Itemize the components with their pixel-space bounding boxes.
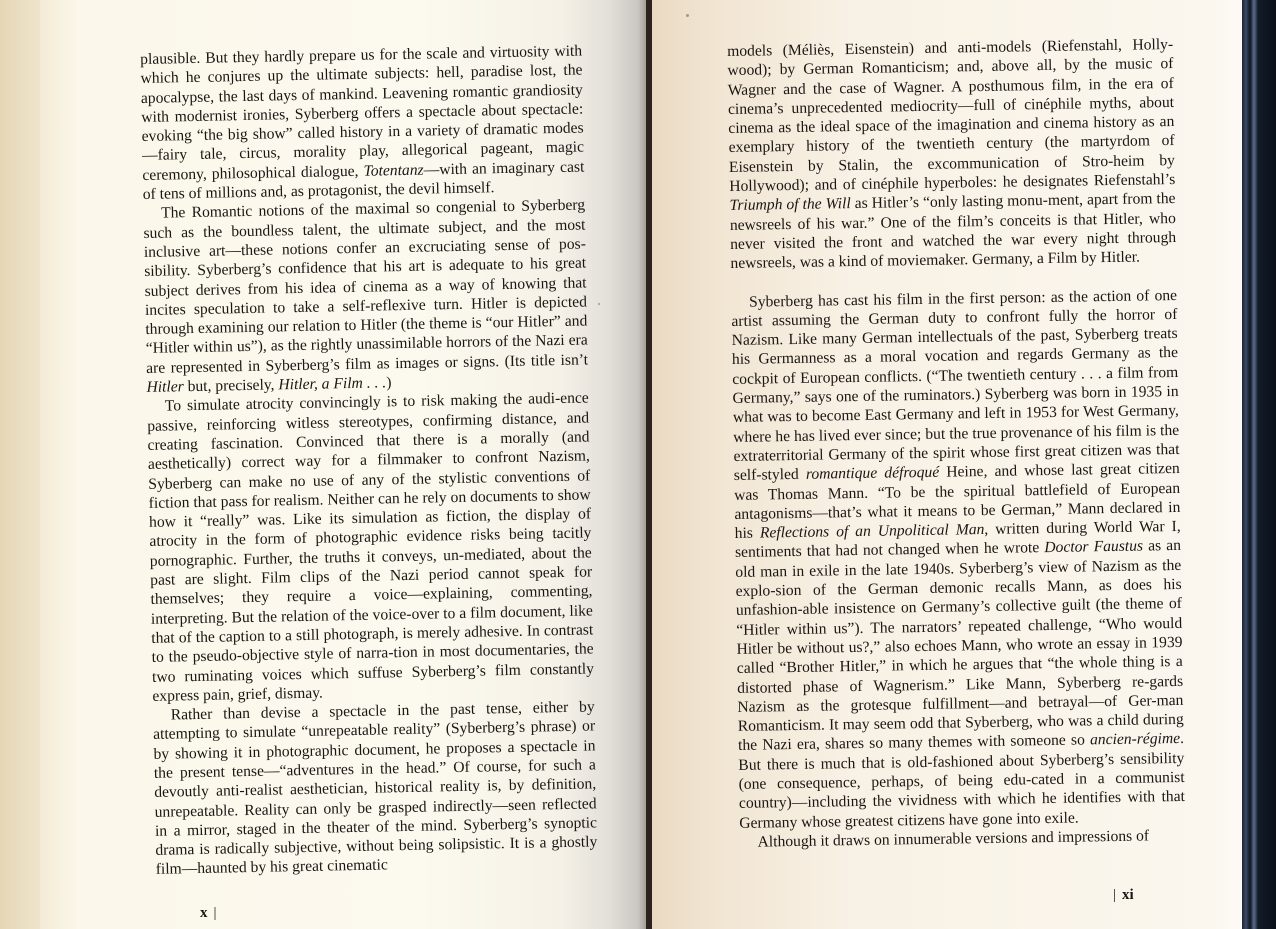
paragraph: Rather than devise a spectacle in the pa… xyxy=(153,697,598,879)
italic-title-text: romantique défroqué xyxy=(806,464,940,483)
paragraph-text: as an old man in exile in the late 1940s… xyxy=(735,537,1184,754)
italic-title-text: Reflections of an Unpolitical Man xyxy=(760,521,985,542)
folio-rule: | xyxy=(214,905,217,921)
page-edge-shadow xyxy=(0,0,40,929)
paragraph-text: models (Méliès, Eisenstein) and anti-mod… xyxy=(727,36,1175,195)
left-page-text: plausible. But they hardly prepare us fo… xyxy=(140,42,598,880)
right-page-text: models (Méliès, Eisenstein) and anti-mod… xyxy=(727,35,1186,852)
paragraph-text: but, precisely, xyxy=(184,376,279,395)
paragraph: The Romantic notions of the maximal so c… xyxy=(143,196,589,397)
folio-label: x xyxy=(200,905,208,921)
italic-title-text: Hitler, a Film . . . xyxy=(278,374,386,393)
paragraph: plausible. But they hardly prepare us fo… xyxy=(140,42,585,205)
page-number-right: |xi xyxy=(1107,887,1134,904)
paragraph-text: Rather than devise a spectacle in the pa… xyxy=(153,698,597,878)
folio-rule: | xyxy=(1113,887,1116,903)
paragraph: Syberberg has cast his film in the first… xyxy=(731,286,1185,833)
book-spread: plausible. But they hardly prepare us fo… xyxy=(0,0,1276,929)
paragraph-text: To simulate atrocity convincingly is to … xyxy=(147,390,594,705)
italic-title-text: Hitler xyxy=(146,378,184,396)
italic-title-text: ancien-régime xyxy=(1090,730,1180,748)
folio-label: xi xyxy=(1122,887,1134,903)
book-cover-edge xyxy=(1242,0,1276,929)
paper-speck xyxy=(598,303,600,305)
page-number-left: x| xyxy=(200,905,223,922)
paragraph: models (Méliès, Eisenstein) and anti-mod… xyxy=(727,35,1177,274)
paragraph-text: Syberberg has cast his film in the first… xyxy=(731,287,1179,485)
paragraph-text: The Romantic notions of the maximal so c… xyxy=(143,197,588,377)
paragraph: To simulate atrocity convincingly is to … xyxy=(147,389,595,706)
italic-title-text: Triumph of the Will xyxy=(729,195,850,214)
paragraph-text: ) xyxy=(386,374,392,391)
paper-speck xyxy=(686,14,689,17)
italic-title-text: Doctor Faustus xyxy=(1044,538,1143,557)
italic-title-text: Totentanz xyxy=(363,161,423,179)
